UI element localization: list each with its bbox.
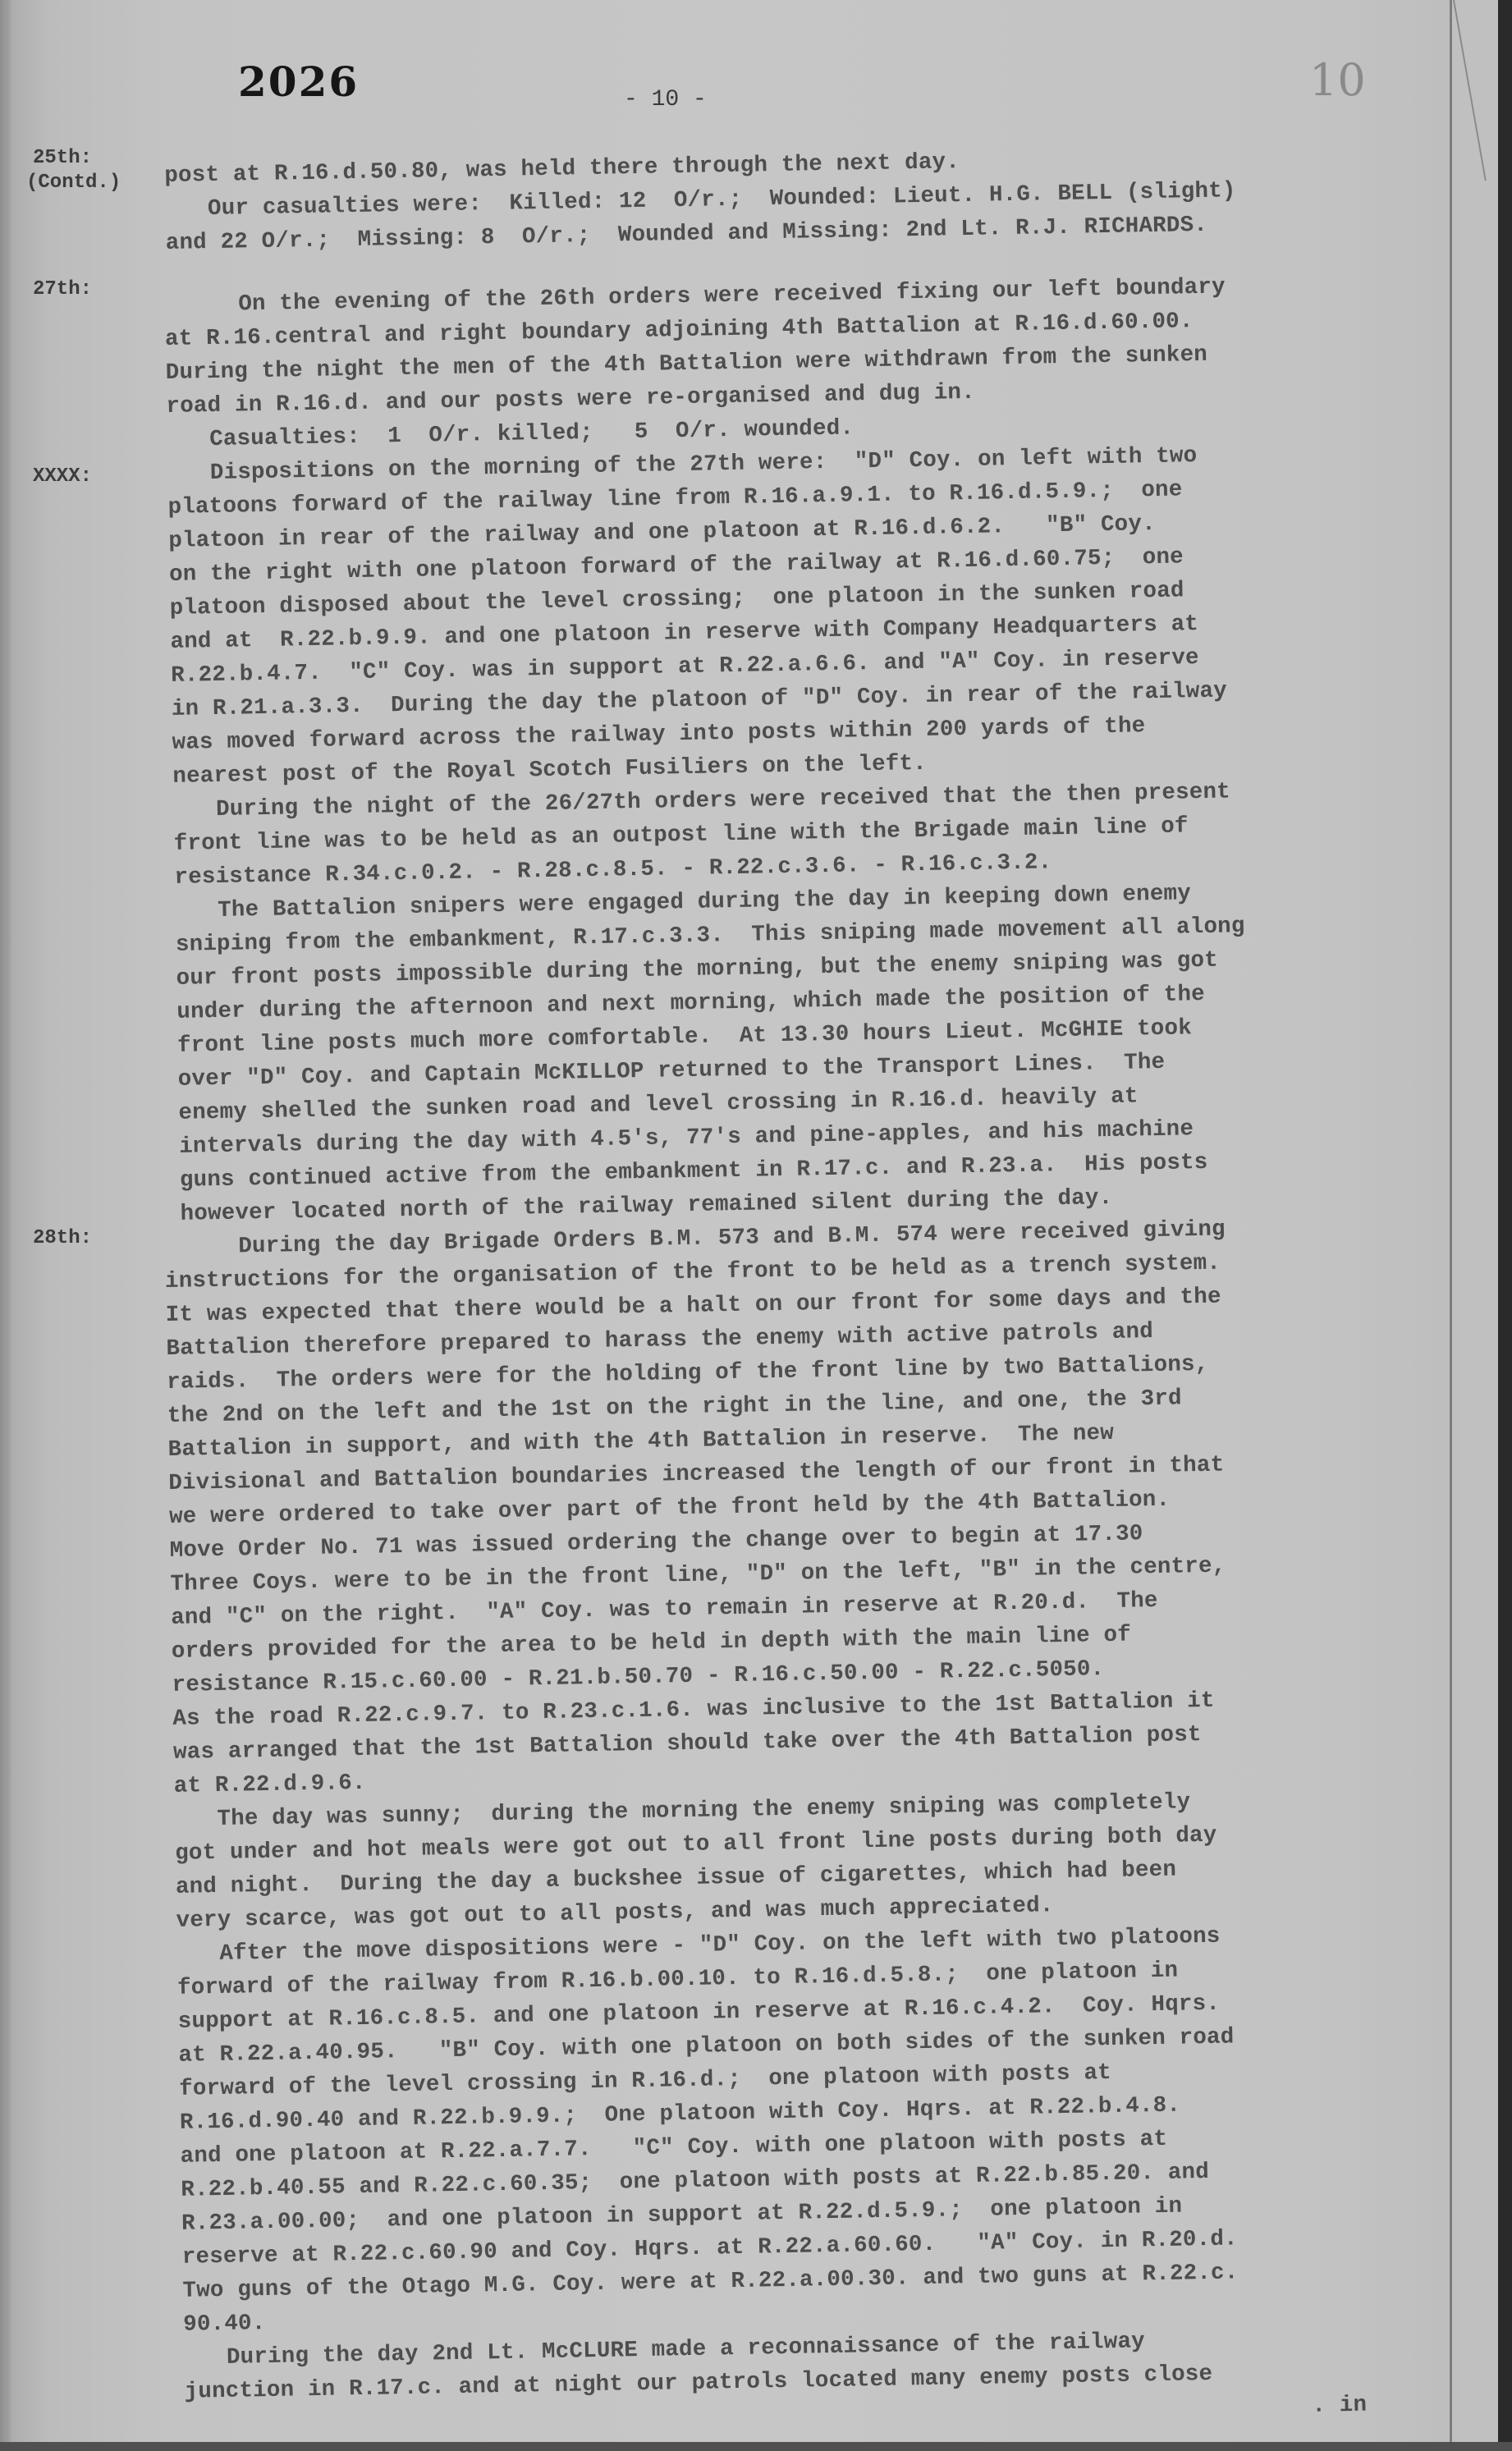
entry-25th-contd: post at R.16.d.50.80, was held there thr… [164, 138, 1397, 260]
margin-date-28th: 28th: [33, 1226, 140, 1251]
reference-number: 2026 [238, 57, 359, 106]
page-binding-edge [0, 0, 11, 2451]
margin-struck-label: XXXX: [33, 465, 140, 489]
margin-date-27th: 27th: [33, 277, 140, 302]
page-fold-line [1450, 0, 1452, 2451]
margin-date-25th: 25th: (Contd.) [33, 146, 140, 195]
scan-bottom-edge [0, 2442, 1512, 2451]
scan-background-edge [1498, 0, 1512, 2451]
document-page: 2026 - 10 - 10 25th: (Contd.) 27th: XXXX… [0, 0, 1512, 2451]
margin-contd-label: (Contd.) [26, 171, 140, 195]
entry-28th: During the day Brigade Orders B.M. 573 a… [164, 1210, 1417, 2443]
stamped-page-number: 10 [1309, 54, 1366, 106]
margin-date-label: 25th: [33, 146, 140, 171]
typed-page-number: - 10 - [624, 87, 707, 112]
entry-27th: On the evening of the 26th orders were r… [164, 268, 1412, 1231]
page-fold-strip [1452, 0, 1502, 2451]
